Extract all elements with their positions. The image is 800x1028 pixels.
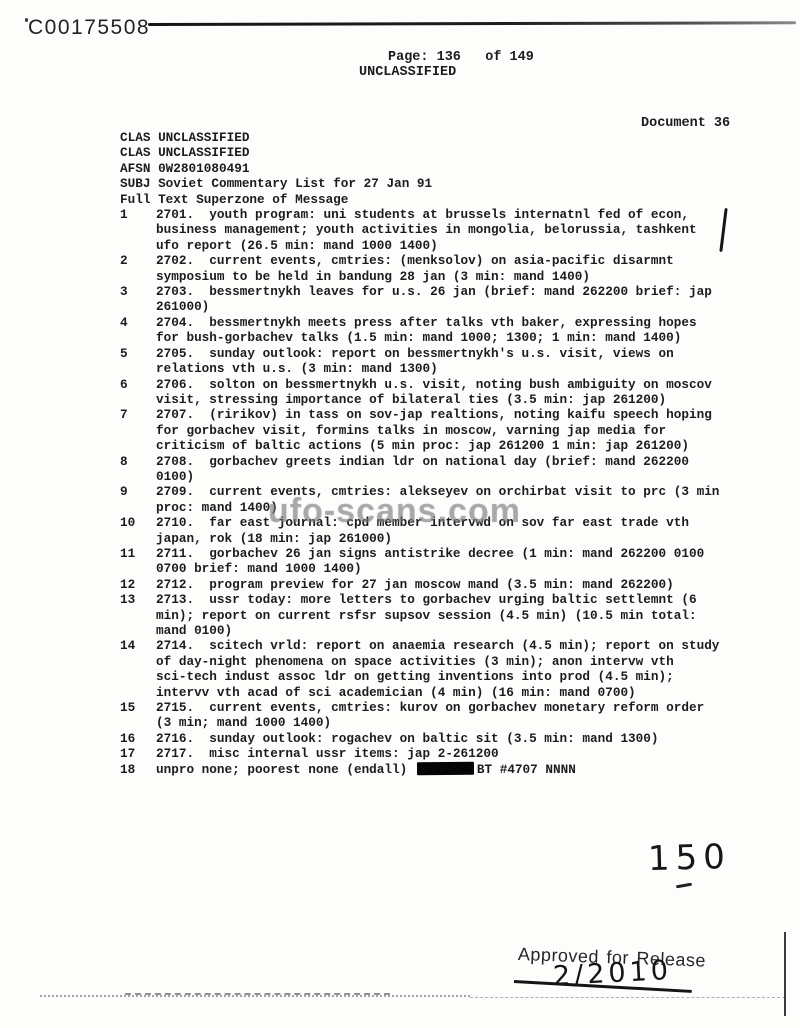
commentary-item: 9 2709. current events, cmtries: aleksey… [120,484,760,515]
commentary-item: 11 2711. gorbachev 26 jan signs antistri… [120,546,760,577]
item-number: 7 [120,407,156,422]
item-number: 4 [120,315,156,330]
page-counter: Page: 136 of 149 [388,50,534,65]
item-text: 2711. gorbachev 26 jan signs antistrike … [156,546,704,577]
commentary-item-final: 18 unpro none; poorest none (endall) BT … [120,762,760,777]
commentary-item: 7 2707. (ririkov) in tass on sov-jap rea… [120,407,760,453]
commentary-item: 14 2714. scitech vrld: report on anaemia… [120,638,760,700]
item-text: 2705. sunday outlook: report on bessmert… [156,346,674,377]
item-number: 16 [120,731,156,746]
item-text: 2715. current events, cmtries: kurov on … [156,700,704,731]
message-body: CLAS UNCLASSIFIED CLAS UNCLASSIFIED AFSN… [120,130,760,777]
item-number: 3 [120,284,156,299]
commentary-item: 6 2706. solton on bessmertnykh u.s. visi… [120,377,760,408]
item-number: 13 [120,592,156,607]
item-text: 2716. sunday outlook: rogachev on baltic… [156,731,659,746]
item-text: 2709. current events, cmtries: alekseyev… [156,484,719,515]
item-text: 2702. current events, cmtries: (menksolo… [156,253,674,284]
item-text-pre-redaction: unpro none; poorest none (endall) [156,762,415,777]
item-text: 2714. scitech vrld: report on anaemia re… [156,638,719,700]
commentary-item: 5 2705. sunday outlook: report on bessme… [120,346,760,377]
handwritten-dash [676,883,692,889]
item-number: 14 [120,638,156,653]
commentary-item: 8 2708. gorbachev greets indian ldr on n… [120,454,760,485]
handwritten-page-number: 150 [647,837,731,879]
item-number: 15 [120,700,156,715]
document-id: C00175508 [28,16,150,40]
item-text: 2703. bessmertnykh leaves for u.s. 26 ja… [156,284,712,315]
commentary-item: 15 2715. current events, cmtries: kurov … [120,700,760,731]
item-text: 2717. misc internal ussr items: jap 2-26… [156,746,499,761]
document-page: C00175508 Page: 136 of 149 UNCLASSIFIED … [0,0,800,1028]
commentary-item: 17 2717. misc internal ussr items: jap 2… [120,746,760,761]
commentary-item: 13 2713. ussr today: more letters to gor… [120,592,760,638]
superzone-line: Full Text Superzone of Message [120,192,760,207]
item-number: 5 [120,346,156,361]
item-number: 1 [120,207,156,222]
item-text: unpro none; poorest none (endall) BT #47… [156,762,576,777]
item-number: 17 [120,746,156,761]
scan-artifact-line [125,993,390,995]
classification-banner: UNCLASSIFIED [359,65,456,80]
item-number: 11 [120,546,156,561]
scan-artifact-line [470,997,785,998]
afsn-line: AFSN 0W2801080491 [120,161,760,176]
item-number: 9 [120,484,156,499]
item-number: 18 [120,762,156,777]
item-text: 2707. (ririkov) in tass on sov-jap realt… [156,407,712,453]
item-number: 12 [120,577,156,592]
item-number: 8 [120,454,156,469]
scan-artifact-line [40,995,470,997]
document-number-label: Document 36 [641,116,730,131]
item-number: 2 [120,253,156,268]
item-text: 2704. bessmertnykh meets press after tal… [156,315,697,346]
redaction-box [417,761,474,775]
clas-line-1: CLAS UNCLASSIFIED [120,130,760,145]
scan-edge-line [784,932,786,1016]
item-number: 10 [120,515,156,530]
item-text: 2708. gorbachev greets indian ldr on nat… [156,454,689,485]
commentary-item: 3 2703. bessmertnykh leaves for u.s. 26 … [120,284,760,315]
item-text-post-redaction: BT #4707 NNNN [477,762,576,777]
item-text: 2706. solton on bessmertnykh u.s. visit,… [156,377,712,408]
commentary-item: 2 2702. current events, cmtries: (menkso… [120,253,760,284]
subject-line: SUBJ Soviet Commentary List for 27 Jan 9… [120,176,760,191]
item-text: 2712. program preview for 27 jan moscow … [156,577,674,592]
commentary-item: 4 2704. bessmertnykh meets press after t… [120,315,760,346]
item-text: 2713. ussr today: more letters to gorbac… [156,592,697,638]
item-text: 2701. youth program: uni students at bru… [156,207,697,253]
commentary-item: 16 2716. sunday outlook: rogachev on bal… [120,731,760,746]
item-text: 2710. far east journal: cpd member inter… [156,515,689,546]
item-number: 6 [120,377,156,392]
commentary-item: 12 2712. program preview for 27 jan mosc… [120,577,760,592]
commentary-item: 10 2710. far east journal: cpd member in… [120,515,760,546]
top-scan-rule [148,21,796,26]
clas-line-2: CLAS UNCLASSIFIED [120,145,760,160]
commentary-item: 1 2701. youth program: uni students at b… [120,207,760,253]
